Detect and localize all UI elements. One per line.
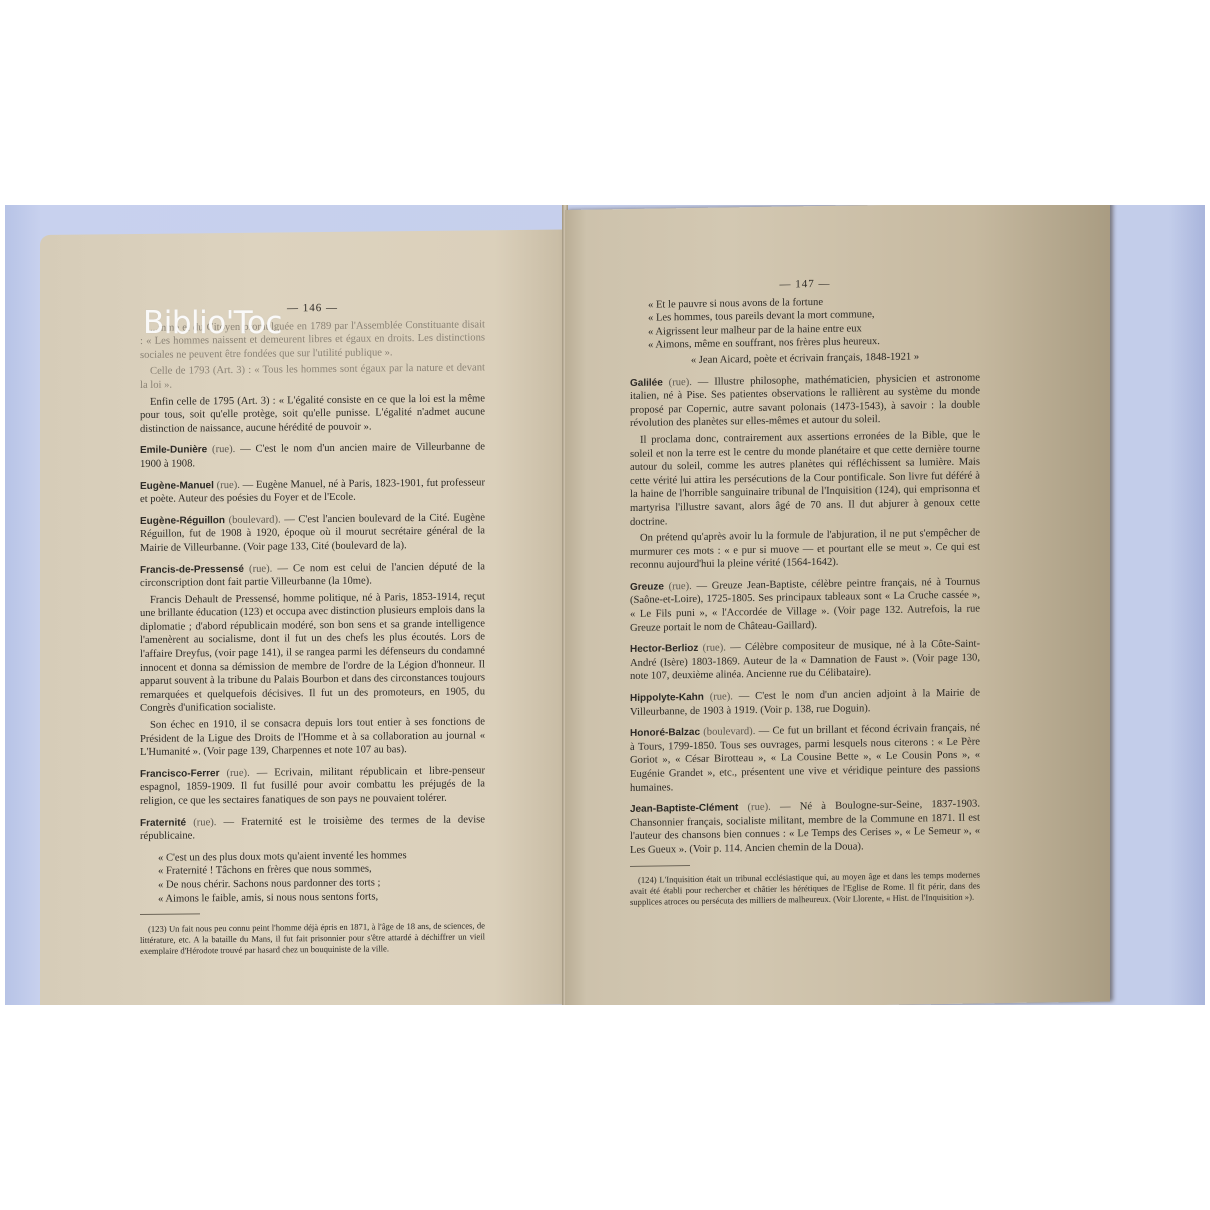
entry: Jean-Baptiste-Clément (rue). — Né à Boul… [630,798,980,858]
entry-name: Francisco-Ferrer [140,768,219,780]
entry-name: Francis-de-Pressensé [140,563,244,575]
entry-kind: (boulevard). [229,514,281,526]
footnote: (124) L'Inquisition était un tribunal ec… [630,870,980,908]
entry-name: Hector-Berlioz [630,643,698,655]
footnote-divider [140,913,200,915]
entry-kind: (rue). [710,691,733,702]
verse-attribution: « Jean Aicard, poète et écrivain françai… [630,349,980,368]
entry-name: Honoré-Balzac [630,727,700,739]
paragraph: Francis Dehault de Pressensé, homme poli… [140,590,485,716]
entry: Fraternité (rue). — Fraternité est le tr… [140,813,485,844]
entry-kind: (rue). [193,817,216,828]
right-page-content: — 147 — « Et le pauvre si nous avons de … [630,275,980,916]
entry: Greuze (rue). — Greuze Jean-Baptiste, cé… [630,575,980,635]
entry: Galilée (rue). — Illustre philosophe, ma… [630,371,980,431]
footnote-divider [630,865,690,867]
watermark-logo: Biblio'Toc [143,305,282,341]
entry-name: Emile-Dunière [140,445,207,457]
paragraph: Celle de 1793 (Art. 3) : « Tous les homm… [140,362,485,393]
left-page: — 146 — ...mme et du Citoyen promulguée … [40,229,575,1005]
entry-kind: (rue). [748,802,771,813]
entry: Francisco-Ferrer (rue). — Ecrivain, mili… [140,764,485,808]
entry-kind: (boulevard). [703,726,755,738]
entry-name: Greuze [630,581,664,593]
footnote: (123) Un fait nous peu connu peint l'hom… [140,920,485,957]
verse-line: « Aimons le faible, amis, si nous nous s… [158,889,485,906]
entry-kind: (rue). [217,479,240,490]
paragraph: Enfin celle de 1795 (Art. 3) : « L'égali… [140,392,485,436]
paragraph: Son échec en 1910, il se consacra depuis… [140,715,485,759]
entry-kind: (rue). [226,768,249,779]
entry: Hector-Berlioz (rue). — Célèbre composit… [630,638,980,684]
entry-name: Galilée [630,377,663,389]
right-page: — 147 — « Et le pauvre si nous avons de … [565,205,1110,1005]
entry: Hippolyte-Kahn (rue). — C'est le nom d'u… [630,687,980,720]
entry-kind: (rue). [212,444,235,455]
entry-text: — Fraternité est le troisième des termes… [140,814,485,842]
entry: Francis-de-Pressensé (rue). — Ce nom est… [140,560,485,591]
entry: Honoré-Balzac (boulevard). — Ce fut un b… [630,722,980,795]
page-number: — 147 — [630,275,980,294]
entry-kind: (rue). [669,377,692,388]
paragraph: Il proclama donc, contrairement aux asse… [630,428,980,529]
entry-name: Jean-Baptiste-Clément [630,802,738,815]
paragraph: On prétend qu'après avoir lu la formule … [630,527,980,573]
entry: Eugène-Manuel (rue). — Eugène Manuel, né… [140,476,485,507]
entry-name: Fraternité [140,817,186,828]
entry-name: Hippolyte-Kahn [630,692,704,704]
entry-kind: (rue). [669,581,692,592]
entry-name: Eugène-Réguillon [140,515,225,527]
entry-kind: (rue). [703,643,726,654]
left-page-content: — 146 — ...mme et du Citoyen promulguée … [140,300,485,965]
verse: « C'est un des plus doux mots qu'aient i… [158,848,485,906]
entry: Eugène-Réguillon (boulevard). — C'est l'… [140,511,485,555]
entry-kind: (rue). [249,563,272,574]
verse: « Et le pauvre si nous avons de la fortu… [648,293,980,353]
entry: Emile-Dunière (rue). — C'est le nom d'un… [140,441,485,472]
entry-name: Eugène-Manuel [140,480,214,492]
